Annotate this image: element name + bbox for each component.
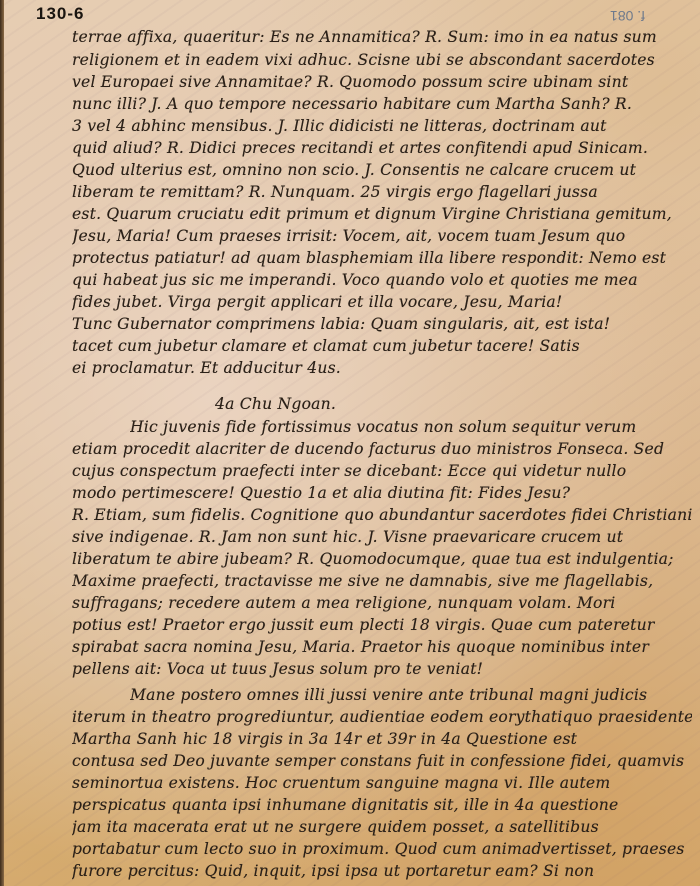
text-line: religionem et in eadem vixi adhuc. Scisn… [72, 51, 692, 69]
text-line: Mane postero omnes illi jussi venire ant… [130, 686, 700, 704]
text-line: furore percitus: Quid, inquit, ipsi ipsa… [72, 862, 692, 880]
text-line: fides jubet. Virga pergit applicari et i… [72, 293, 692, 311]
text-line: est. Quarum cruciatu edit primum et dign… [72, 205, 692, 223]
text-line: seminortua existens. Hoc cruentum sangui… [72, 774, 692, 792]
text-line: Tunc Gubernator comprimens labia: Quam s… [72, 315, 692, 333]
text-line: liberatum te abire jubeam? R. Quomodocum… [72, 550, 692, 568]
text-line: Martha Sanh hic 18 virgis in 3a 14r et 3… [72, 730, 692, 748]
text-line: ei proclamatur. Et adducitur 4us. [72, 359, 692, 377]
text-line: liberam te remittam? R. Nunquam. 25 virg… [72, 183, 692, 201]
text-line: R. Etiam, sum fidelis. Cognitione quo ab… [72, 506, 692, 524]
text-line: Hic juvenis fide fortissimus vocatus non… [130, 418, 700, 436]
text-line: potius est! Praetor ergo jussit eum plec… [72, 616, 692, 634]
text-line: vel Europaei sive Annamitae? R. Quomodo … [72, 73, 692, 91]
text-line: contusa sed Deo juvante semper constans … [72, 752, 692, 770]
text-line: Maxime praefecti, tractavisse me sive ne… [72, 572, 692, 590]
text-line: Quod ulterius est, omnino non scio. J. C… [72, 161, 692, 179]
text-line: iterum in theatro progrediuntur, audient… [72, 708, 692, 726]
text-line: portabatur cum lecto suo in proximum. Qu… [72, 840, 692, 858]
manuscript-page: 130-6 f. 081 terrae affixa, quaeritur: E… [0, 0, 700, 886]
text-line: pellens ait: Voca ut tuus Jesus solum pr… [72, 660, 692, 678]
text-line: sive indigenae. R. Jam non sunt hic. J. … [72, 528, 692, 546]
text-line: etiam procedit alacriter de ducendo fact… [72, 440, 692, 458]
reference-number: 130-6 [36, 4, 84, 24]
text-line: suffragans; recedere autem a mea religio… [72, 594, 692, 612]
text-line: jam ita macerata erat ut ne surgere quid… [72, 818, 692, 836]
text-line: terrae affixa, quaeritur: Es ne Annamiti… [72, 28, 692, 46]
page-edge [0, 0, 4, 886]
text-line: modo pertimescere! Questio 1a et alia di… [72, 484, 692, 502]
text-line: protectus patiatur! ad quam blasphemiam … [72, 249, 692, 267]
section-heading: 4a Chu Ngoan. [215, 395, 700, 413]
folio-mark: f. 081 [610, 8, 645, 24]
text-line: tacet cum jubetur clamare et clamat cum … [72, 337, 692, 355]
text-line: quid aliud? R. Didici preces recitandi e… [72, 139, 692, 157]
text-line: qui habeat jus sic me imperandi. Voco qu… [72, 271, 692, 289]
text-line: perspicatus quanta ipsi inhumane dignita… [72, 796, 692, 814]
text-line: spirabat sacra nomina Jesu, Maria. Praet… [72, 638, 692, 656]
text-line: Jesu, Maria! Cum praeses irrisit: Vocem,… [72, 227, 692, 245]
text-line: cujus conspectum praefecti inter se dice… [72, 462, 692, 480]
text-line: 3 vel 4 abhinc mensibus. J. Illic didici… [72, 117, 692, 135]
text-line: nunc illi? J. A quo tempore necessario h… [72, 95, 692, 113]
